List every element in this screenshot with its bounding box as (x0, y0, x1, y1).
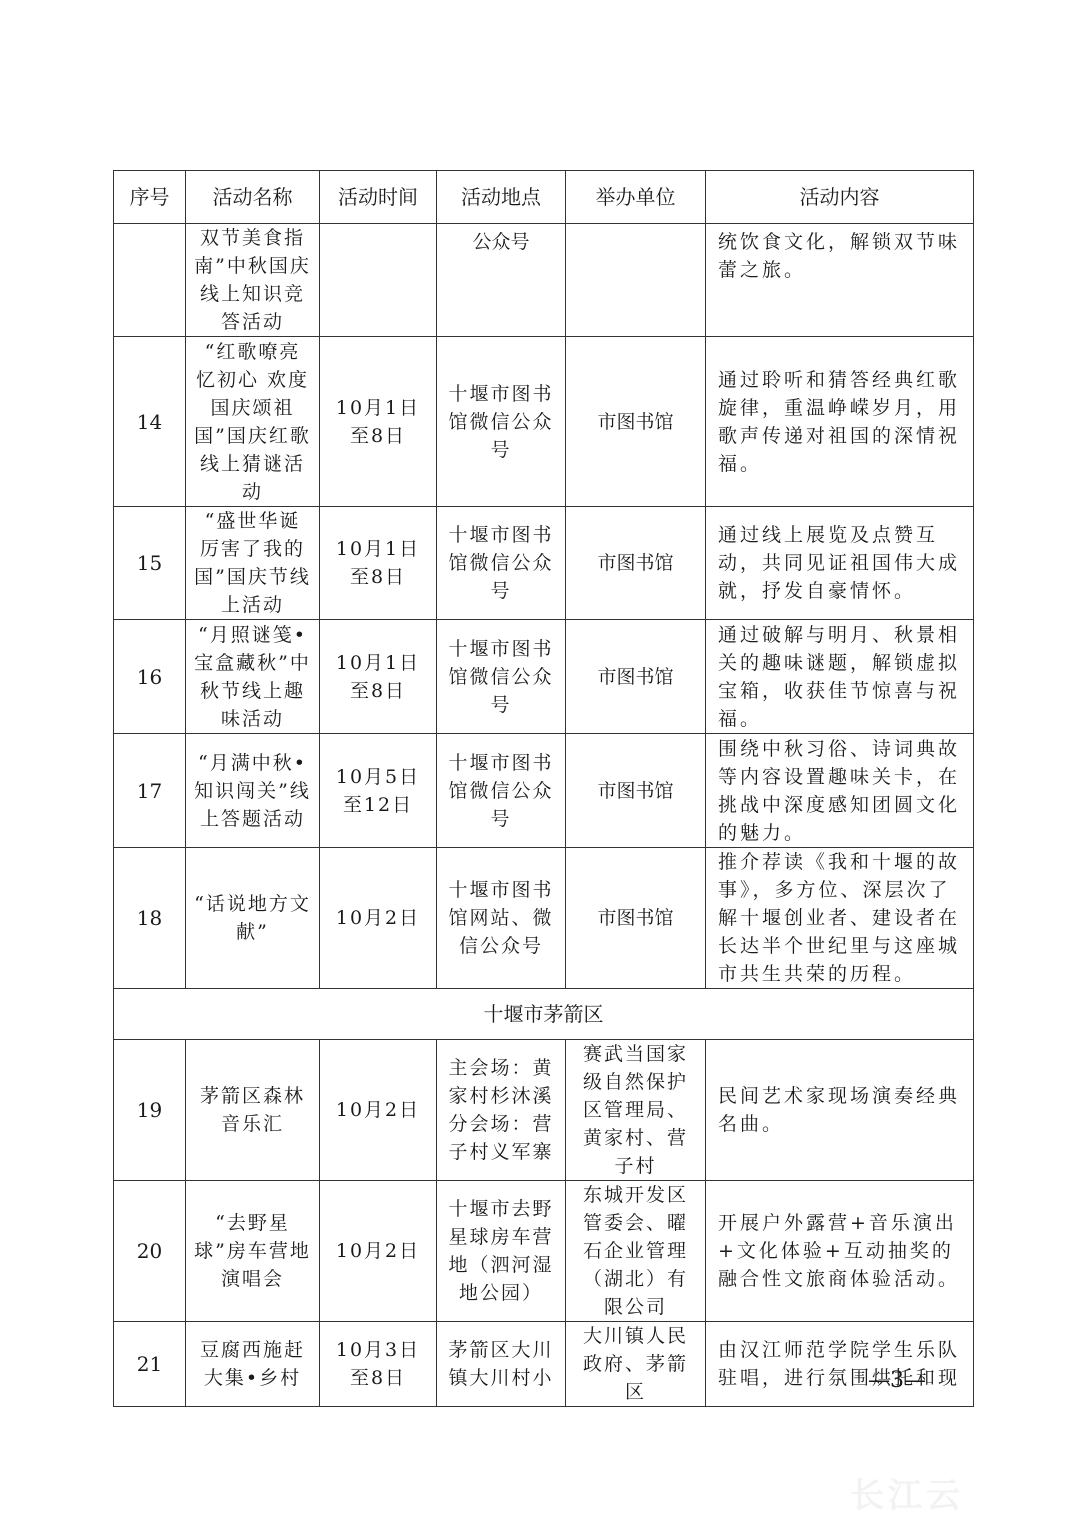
table-row: 14 “红歌嘹亮 忆初心 欢度国庆颂祖国”国庆红歌线上猜谜活动 10月1日至8日… (114, 337, 974, 507)
cell-no: 15 (114, 507, 186, 620)
activity-table: 序号 活动名称 活动时间 活动地点 举办单位 活动内容 双节美食指南”中秋国庆线… (113, 170, 974, 1407)
cell-no: 18 (114, 848, 186, 989)
cell-time: 10月1日至8日 (320, 507, 437, 620)
cell-name: “月满中秋•知识闯关”线上答题活动 (186, 734, 320, 848)
cell-name: “话说地方文献” (186, 848, 320, 989)
cell-name: “盛世华诞 厉害了我的国”国庆节线上活动 (186, 507, 320, 620)
cell-organizer: 市图书馆 (566, 337, 706, 507)
cell-place: 茅箭区大川镇大川村小 (437, 1322, 566, 1407)
cell-no: 20 (114, 1181, 186, 1322)
cell-name: 茅箭区森林音乐汇 (186, 1040, 320, 1181)
table-row: 双节美食指南”中秋国庆线上知识竞答活动 公众号 统饮食文化，解锁双节味蕾之旅。 (114, 224, 974, 337)
header-content: 活动内容 (706, 171, 974, 224)
cell-organizer: 市图书馆 (566, 848, 706, 989)
table-row: 19 茅箭区森林音乐汇 10月2日 主会场：黄家村杉沐溪 分会场：营子村义军寨 … (114, 1040, 974, 1181)
cell-time (320, 224, 437, 337)
cell-organizer: 东城开发区管委会、曜石企业管理（湖北）有限公司 (566, 1181, 706, 1322)
cell-organizer: 市图书馆 (566, 507, 706, 620)
cell-place: 主会场：黄家村杉沐溪 分会场：营子村义军寨 (437, 1040, 566, 1181)
cell-no (114, 224, 186, 337)
cell-place: 十堰市去野星球房车营地（泗河湿地公园） (437, 1181, 566, 1322)
cell-content: 通过破解与明月、秋景相关的趣味谜题，解锁虚拟宝箱，收获佳节惊喜与祝福。 (706, 620, 974, 734)
cell-time: 10月5日至12日 (320, 734, 437, 848)
cell-name: “月照谜笺•宝盒藏秋”中秋节线上趣味活动 (186, 620, 320, 734)
table-header-row: 序号 活动名称 活动时间 活动地点 举办单位 活动内容 (114, 171, 974, 224)
page-number: —3— (868, 1368, 926, 1393)
table-row: 16 “月照谜笺•宝盒藏秋”中秋节线上趣味活动 10月1日至8日 十堰市图书馆微… (114, 620, 974, 734)
cell-time: 10月2日 (320, 848, 437, 989)
cell-organizer: 赛武当国家级自然保护区管理局、黄家村、营子村 (566, 1040, 706, 1181)
cell-organizer: 大川镇人民政府、茅箭区 (566, 1322, 706, 1407)
header-no: 序号 (114, 171, 186, 224)
cell-no: 16 (114, 620, 186, 734)
cell-time: 10月2日 (320, 1040, 437, 1181)
cell-name: 豆腐西施赶大集•乡村 (186, 1322, 320, 1407)
cell-content: 由汉江师范学院学生乐队驻唱，进行氛围烘托和现 (706, 1322, 974, 1407)
cell-content: 推介荐读《我和十堰的故事》，多方位、深层次了解十堰创业者、建设者在长达半个世纪里… (706, 848, 974, 989)
cell-place: 公众号 (437, 224, 566, 337)
cell-place: 十堰市图书馆微信公众号 (437, 620, 566, 734)
cell-name: “红歌嘹亮 忆初心 欢度国庆颂祖国”国庆红歌线上猜谜活动 (186, 337, 320, 507)
cell-organizer: 市图书馆 (566, 620, 706, 734)
table-row: 17 “月满中秋•知识闯关”线上答题活动 10月5日至12日 十堰市图书馆微信公… (114, 734, 974, 848)
cell-name: 双节美食指南”中秋国庆线上知识竞答活动 (186, 224, 320, 337)
table-row: 21 豆腐西施赶大集•乡村 10月3日至8日 茅箭区大川镇大川村小 大川镇人民政… (114, 1322, 974, 1407)
cell-place: 十堰市图书馆微信公众号 (437, 734, 566, 848)
cell-no: 21 (114, 1322, 186, 1407)
cell-place: 十堰市图书馆微信公众号 (437, 507, 566, 620)
table-row: 20 “去野星球”房车营地演唱会 10月2日 十堰市去野星球房车营地（泗河湿地公… (114, 1181, 974, 1322)
cell-name: “去野星球”房车营地演唱会 (186, 1181, 320, 1322)
header-organizer: 举办单位 (566, 171, 706, 224)
cell-no: 17 (114, 734, 186, 848)
header-place: 活动地点 (437, 171, 566, 224)
table-row: 15 “盛世华诞 厉害了我的国”国庆节线上活动 10月1日至8日 十堰市图书馆微… (114, 507, 974, 620)
cell-place: 十堰市图书馆微信公众号 (437, 337, 566, 507)
cell-organizer (566, 224, 706, 337)
cell-time: 10月1日至8日 (320, 337, 437, 507)
cell-content: 民间艺术家现场演奏经典名曲。 (706, 1040, 974, 1181)
cell-organizer: 市图书馆 (566, 734, 706, 848)
cell-time: 10月3日至8日 (320, 1322, 437, 1407)
cell-content: 开展户外露营+音乐演出+文化体验+互动抽奖的融合性文旅商体验活动。 (706, 1181, 974, 1322)
section-row: 十堰市茅箭区 (114, 989, 974, 1040)
watermark-logo: 长江云 (850, 1468, 964, 1517)
cell-time: 10月1日至8日 (320, 620, 437, 734)
cell-no: 19 (114, 1040, 186, 1181)
section-title: 十堰市茅箭区 (114, 989, 974, 1040)
header-time: 活动时间 (320, 171, 437, 224)
cell-content: 统饮食文化，解锁双节味蕾之旅。 (706, 224, 974, 337)
cell-content: 通过线上展览及点赞互动，共同见证祖国伟大成就，抒发自豪情怀。 (706, 507, 974, 620)
cell-content: 围绕中秋习俗、诗词典故等内容设置趣味关卡，在挑战中深度感知团圆文化的魅力。 (706, 734, 974, 848)
header-name: 活动名称 (186, 171, 320, 224)
cell-content: 通过聆听和猜答经典红歌旋律，重温峥嵘岁月，用歌声传递对祖国的深情祝福。 (706, 337, 974, 507)
table-row: 18 “话说地方文献” 10月2日 十堰市图书馆网站、微信公众号 市图书馆 推介… (114, 848, 974, 989)
cell-time: 10月2日 (320, 1181, 437, 1322)
cell-place: 十堰市图书馆网站、微信公众号 (437, 848, 566, 989)
cell-no: 14 (114, 337, 186, 507)
